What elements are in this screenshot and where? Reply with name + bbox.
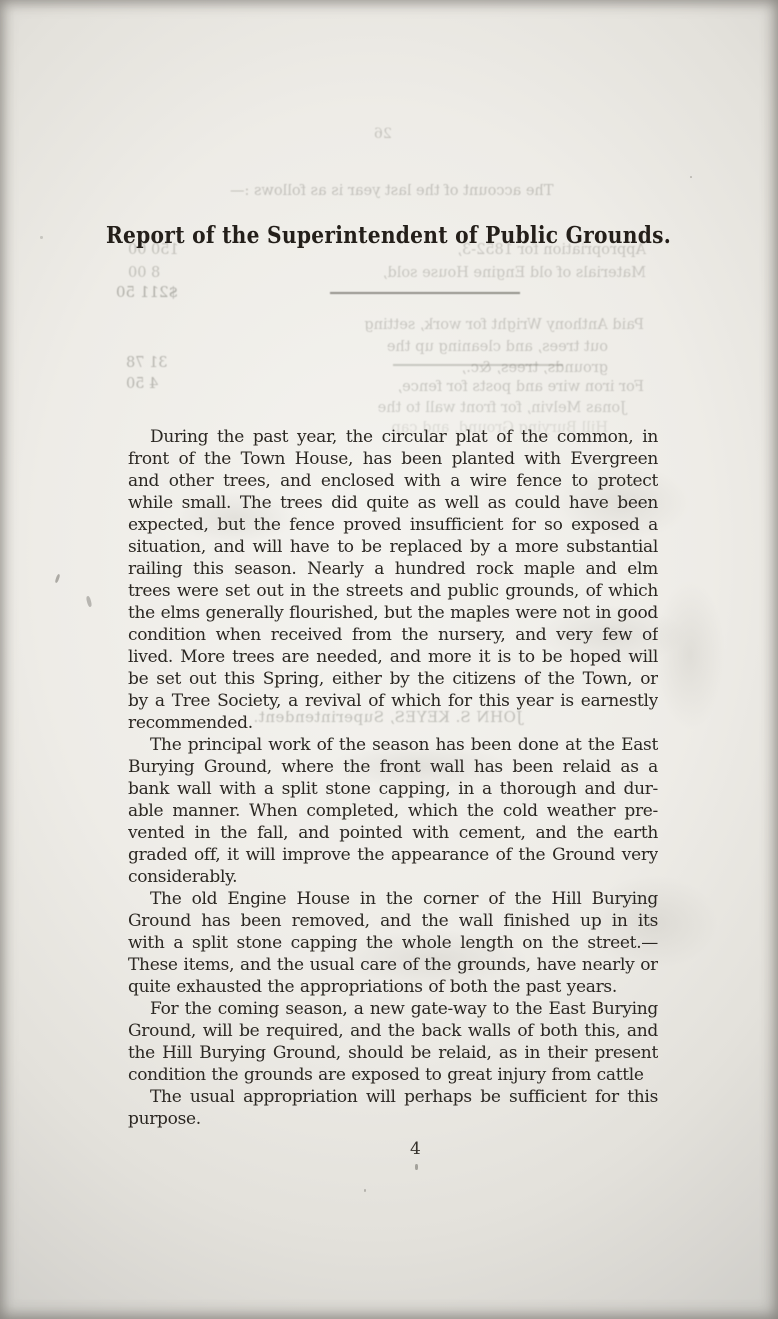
text-line: considerably. [128,866,658,888]
text-line: vented in the fall, and pointed with cem… [128,822,658,844]
body-paragraph: For the coming season, a new gate-way to… [128,998,658,1086]
text-line: and other trees, and enclosed with a wir… [128,470,658,492]
paper-smudge [655,580,725,730]
text-line: trees were set out in the streets and pu… [128,580,658,602]
page-title-text: Report of the Superintendent of Public G… [106,221,671,249]
text-line: The usual appropriation will perhaps be … [128,1086,658,1108]
bleed-rule [393,364,563,366]
bleed-text-line: Materials of old Engine House sold, [383,265,646,281]
text-line: recommended. [128,712,658,734]
text-line: lived. More trees are needed, and more i… [128,646,658,668]
bleed-text-line: Jonas Melvin, for front wall to the [378,400,626,416]
ink-speck [415,1164,418,1170]
text-line: bank wall with a split stone capping, in… [128,778,658,800]
text-line: front of the Town House, has been plante… [128,448,658,470]
bleed-text-line: 8 00 [128,265,160,281]
text-line: railing this season. Nearly a hundred ro… [128,558,658,580]
text-line: quite exhausted the appropriations of bo… [128,976,658,998]
bleed-text-line: out trees, and cleaning up the [387,339,608,355]
text-line: be set out this Spring, either by the ci… [128,668,658,690]
bleed-text-line: 26 [374,126,392,142]
text-line: Burying Ground, where the front wall has… [128,756,658,778]
text-line: with a split stone capping the whole len… [128,932,658,954]
text-line: The principal work of the season has bee… [128,734,658,756]
text-line: the elms generally flourished, but the m… [128,602,658,624]
text-line: by a Tree Society, a revival of which fo… [128,690,658,712]
bleed-text-line: grounds, trees, &c., [462,360,608,376]
bleed-text-line: The account of the last year is as follo… [230,183,553,199]
page-title: Report of the Superintendent of Public G… [0,221,778,249]
text-line: able manner. When completed, which the c… [128,800,658,822]
bleed-text-line: 4 50 [126,376,158,392]
text-line: The old Engine House in the corner of th… [128,888,658,910]
document-page: 26The account of the last year is as fol… [0,0,778,1319]
body-paragraph: During the past year, the circular plat … [128,426,658,734]
bleed-text-line: $211 50 [116,283,178,301]
text-line: while small. The trees did quite as well… [128,492,658,514]
bleed-text-line: For iron wire and posts for fence, [398,379,644,395]
body-paragraph: The principal work of the season has bee… [128,734,658,888]
bleed-rule [330,292,520,294]
body-paragraph: The old Engine House in the corner of th… [128,888,658,998]
text-line: graded off, it will improve the appearan… [128,844,658,866]
text-line: condition the grounds are exposed to gre… [128,1064,658,1086]
ink-speck [55,574,61,583]
text-line: For the coming season, a new gate-way to… [128,998,658,1020]
bleed-text-line: Paid Anthony Wright for work, setting [364,317,644,333]
text-line: expected, but the fence proved insuffici… [128,514,658,536]
text-line: Ground, will be required, and the back w… [128,1020,658,1042]
ink-speck [364,1189,366,1192]
text-line: Ground has been removed, and the wall fi… [128,910,658,932]
text-line: These items, and the usual care of the g… [128,954,658,976]
text-line: condition when received from the nursery… [128,624,658,646]
ink-speck [86,596,93,608]
text-line: purpose. [128,1108,658,1130]
text-line: situation, and will have to be replaced … [128,536,658,558]
bleed-text-line: 31 78 [126,355,168,371]
text-line: During the past year, the circular plat … [128,426,658,448]
ink-speck [690,176,692,178]
body-paragraph: The usual appropriation will perhaps be … [128,1086,658,1130]
page-number: 4 [410,1139,421,1159]
text-line: the Hill Burying Ground, should be relai… [128,1042,658,1064]
body-text: During the past year, the circular plat … [128,426,658,1130]
